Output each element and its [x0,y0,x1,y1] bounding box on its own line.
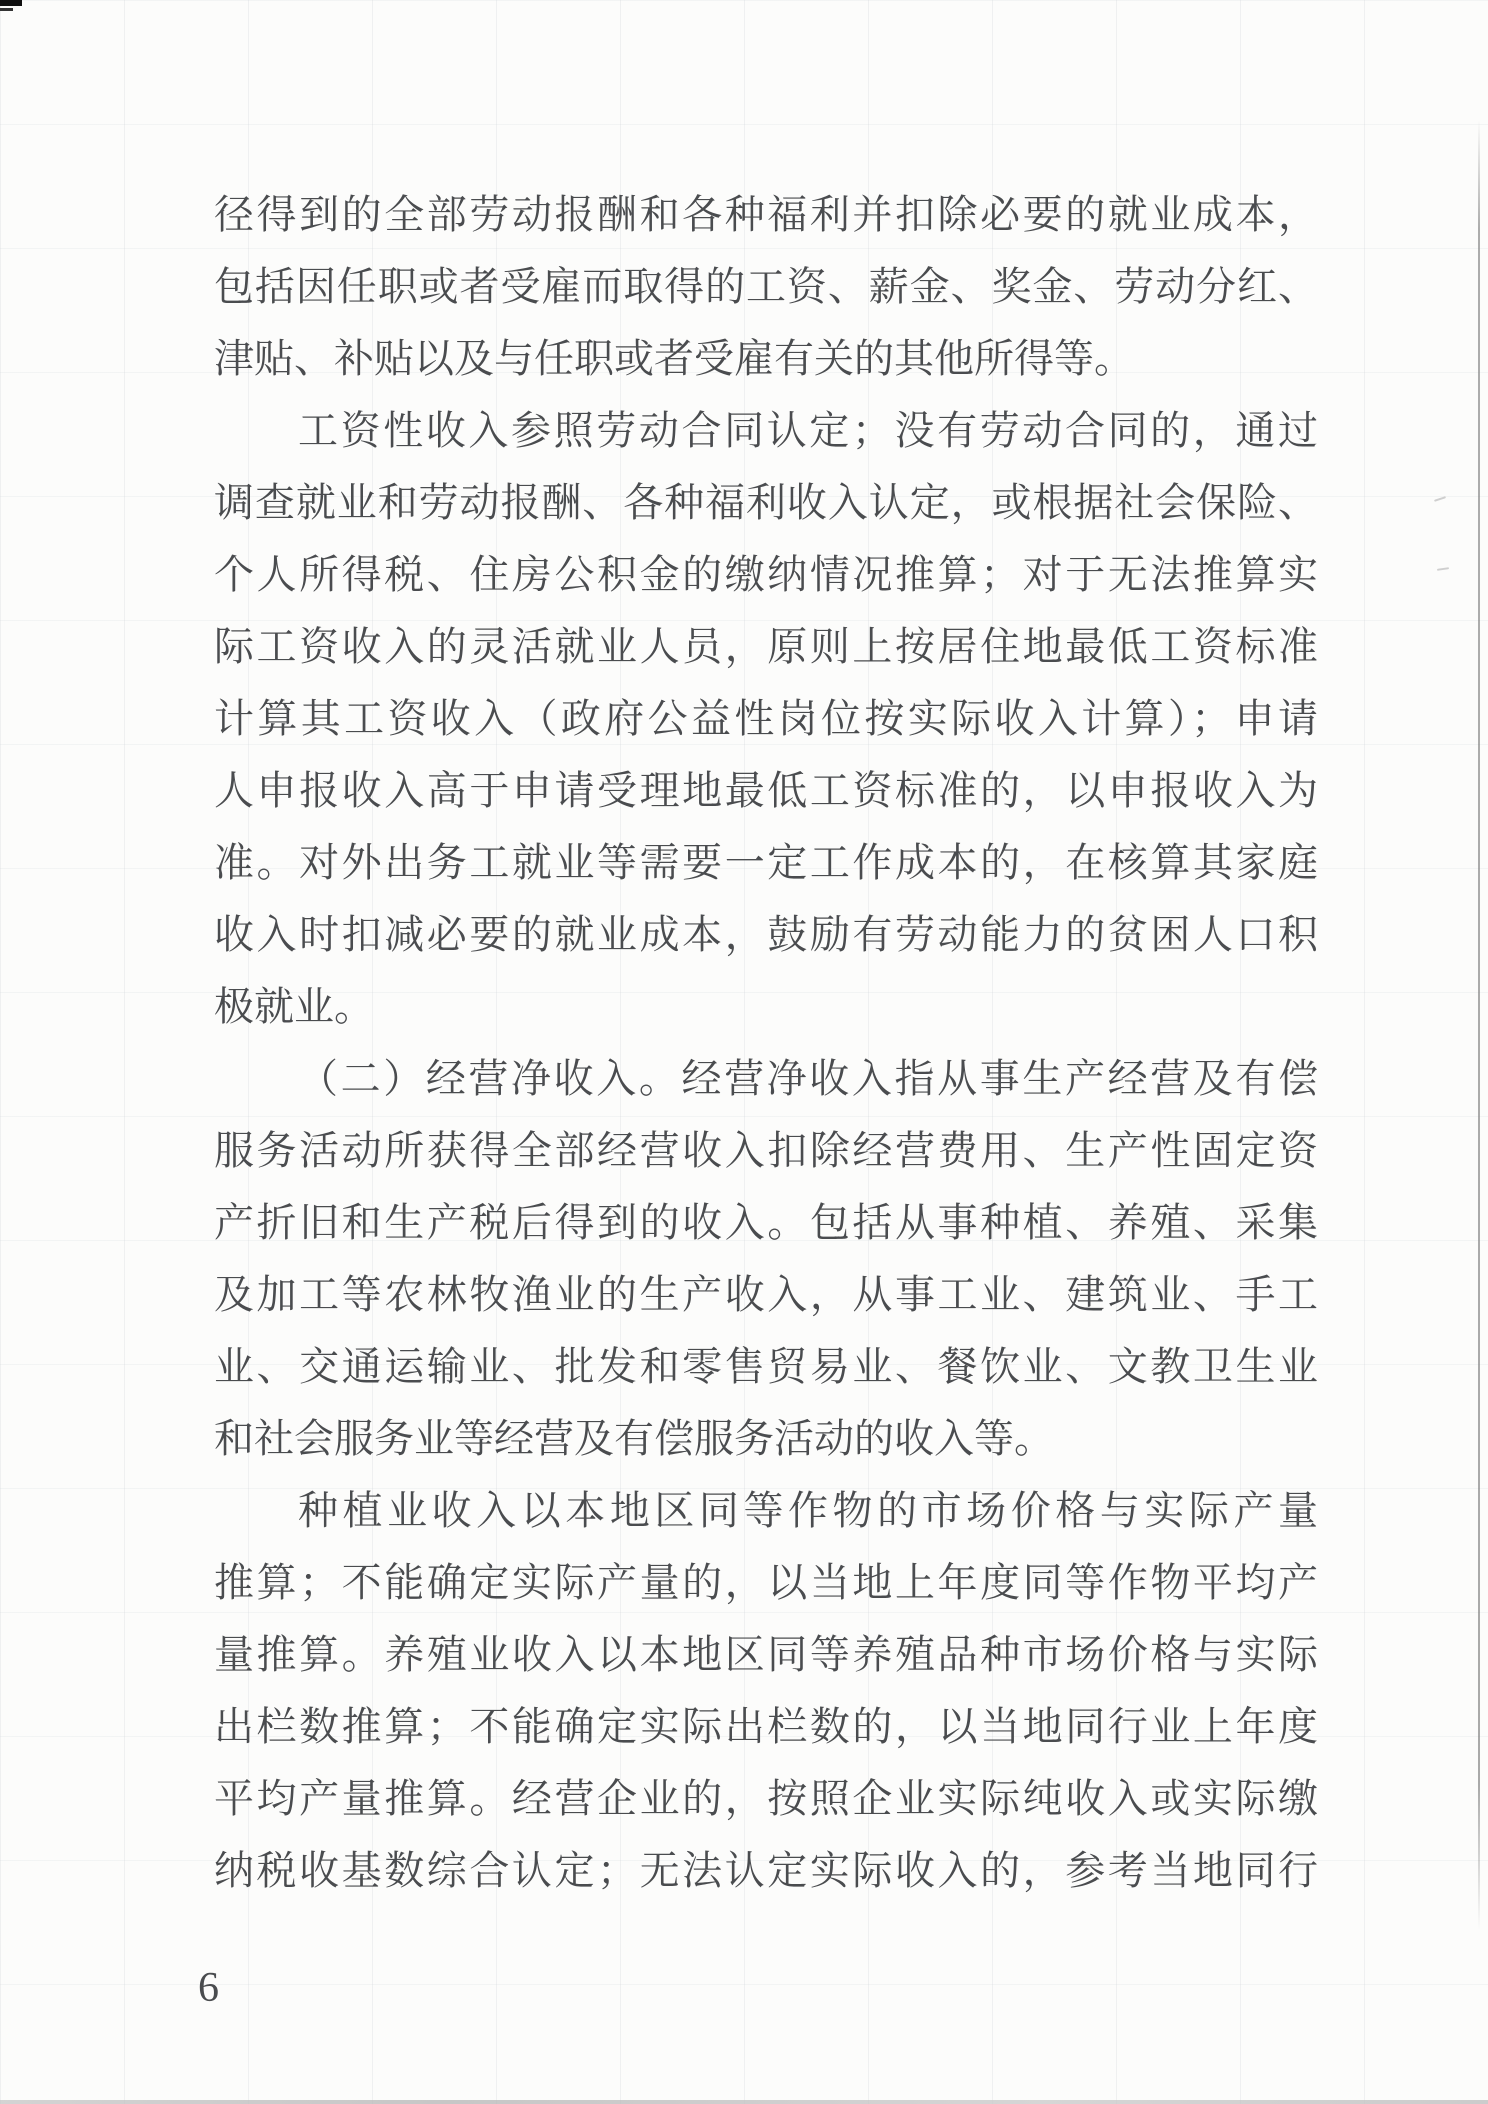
text-line: 个人所得税、住房公积金的缴纳情况推算；对于无法推算实 [214,539,1318,611]
scan-corner-mark-top [0,0,22,6]
text-line: 调查就业和劳动报酬、各种福利收入认定，或根据社会保险、 [214,467,1318,539]
text-line: 种植业收入以本地区同等作物的市场价格与实际产量 [214,1475,1318,1547]
text-line: 纳税收基数综合认定；无法认定实际收入的，参考当地同行 [214,1835,1318,1907]
text-line: 计算其工资收入（政府公益性岗位按实际收入计算）；申请 [214,683,1318,755]
page-number: 6 [198,1966,219,2010]
text-line: 包括因任职或者受雇而取得的工资、薪金、奖金、劳动分红、 [214,251,1318,323]
text-line: 推算；不能确定实际产量的，以当地上年度同等作物平均产 [214,1547,1318,1619]
text-column: 径得到的全部劳动报酬和各种福利并扣除必要的就业成本，包括因任职或者受雇而取得的工… [214,179,1318,1907]
text-line: 量推算。养殖业收入以本地区同等养殖品种市场价格与实际 [214,1619,1318,1691]
text-line: 径得到的全部劳动报酬和各种福利并扣除必要的就业成本， [214,179,1318,251]
text-line: 人申报收入高于申请受理地最低工资标准的，以申报收入为 [214,755,1318,827]
scan-edge-right-line [1478,120,1480,1930]
text-line: 准。对外出务工就业等需要一定工作成本的，在核算其家庭 [214,827,1318,899]
text-line: 收入时扣减必要的就业成本，鼓励有劳动能力的贫困人口积 [214,899,1318,971]
text-line: 际工资收入的灵活就业人员，原则上按居住地最低工资标准 [214,611,1318,683]
text-line: 业、交通运输业、批发和零售贸易业、餐饮业、文教卫生业 [214,1331,1318,1403]
text-line: 产折旧和生产税后得到的收入。包括从事种植、养殖、采集 [214,1187,1318,1259]
scan-edge-bottom-line [0,2100,1488,2104]
text-line: 工资性收入参照劳动合同认定；没有劳动合同的，通过 [214,395,1318,467]
text-line: 和社会服务业等经营及有偿服务活动的收入等。 [214,1403,1318,1475]
text-line: 及加工等农林牧渔业的生产收入，从事工业、建筑业、手工 [214,1259,1318,1331]
scan-speck [1434,496,1446,502]
text-line: 平均产量推算。经营企业的，按照企业实际纯收入或实际缴 [214,1763,1318,1835]
text-line: 出栏数推算；不能确定实际出栏数的，以当地同行业上年度 [214,1691,1318,1763]
text-line: 极就业。 [214,971,1318,1043]
scan-speck [1437,567,1449,571]
text-line: （二）经营净收入。经营净收入指从事生产经营及有偿 [214,1043,1318,1115]
text-line: 津贴、补贴以及与任职或者受雇有关的其他所得等。 [214,323,1318,395]
text-line: 服务活动所获得全部经营收入扣除经营费用、生产性固定资 [214,1115,1318,1187]
scan-corner-mark-bottom [0,8,13,11]
